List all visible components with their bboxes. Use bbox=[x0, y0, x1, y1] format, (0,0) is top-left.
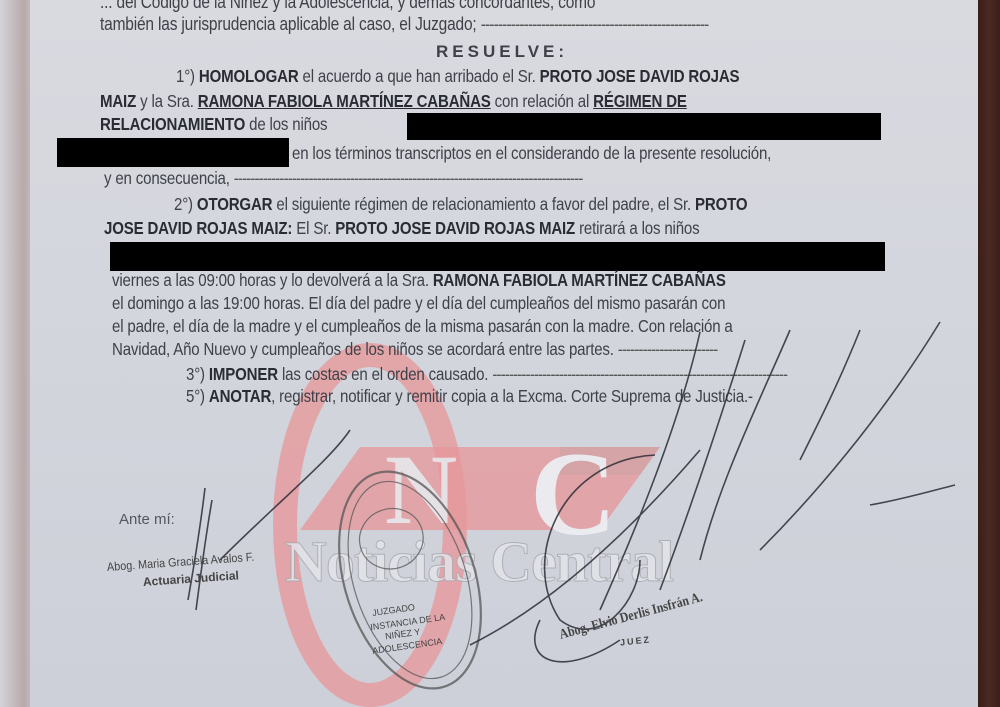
item-verb: HOMOLOGAR bbox=[199, 66, 299, 86]
dash-filler: ----------------------------------------… bbox=[481, 14, 709, 34]
watermark-brand: Noticias Central bbox=[285, 528, 673, 595]
text-span: con relación al bbox=[495, 91, 589, 111]
text-span: de los niños bbox=[249, 114, 327, 134]
party-name-father: MAIZ bbox=[100, 91, 136, 111]
text-span: el siguiente régimen de relacionamiento … bbox=[276, 194, 691, 214]
text-line: viernes a las 09:00 horas y lo devolverá… bbox=[112, 270, 726, 291]
text-line: JOSE DAVID ROJAS MAIZ: El Sr. PROTO JOSE… bbox=[104, 218, 699, 239]
party-name-mother: RAMONA FABIOLA MARTÍNEZ CABAÑAS bbox=[433, 270, 726, 290]
redaction-bar bbox=[57, 138, 289, 167]
text-line: en los términos transcriptos en el consi… bbox=[292, 143, 771, 164]
redaction-bar bbox=[407, 113, 881, 140]
text-span: viernes a las 09:00 horas y lo devolverá… bbox=[112, 270, 429, 290]
party-name-father: PROTO bbox=[695, 194, 747, 214]
text-line: y en consecuencia, ---------------------… bbox=[104, 168, 583, 189]
party-name-father: PROTO JOSE DAVID ROJAS bbox=[540, 66, 740, 86]
item-number: 1°) bbox=[176, 66, 195, 86]
item-number: 3°) bbox=[186, 364, 205, 384]
text-line: RELACIONAMIENTO de los niños bbox=[100, 114, 327, 135]
dash-filler: ----------------------------------------… bbox=[492, 364, 787, 384]
text-span: Navidad, Año Nuevo y cumpleaños de los n… bbox=[112, 339, 614, 359]
text-span: El Sr. bbox=[296, 218, 331, 238]
regimen-label: RELACIONAMIENTO bbox=[100, 114, 245, 134]
text-line: el domingo a las 19:00 horas. El día del… bbox=[112, 293, 725, 314]
text-span: retirará a los niños bbox=[579, 218, 699, 238]
text-line: Navidad, Año Nuevo y cumpleaños de los n… bbox=[112, 339, 717, 360]
item-number: 5°) bbox=[186, 386, 205, 406]
item-verb: ANOTAR bbox=[209, 386, 271, 406]
section-heading-resuelve: RESUELVE: bbox=[436, 42, 568, 62]
text-line: también las jurisprudencia aplicable al … bbox=[100, 14, 708, 35]
redaction-bar bbox=[110, 242, 885, 271]
table-edge bbox=[978, 0, 1000, 707]
resolution-item-2: 2°) OTORGAR el siguiente régimen de rela… bbox=[174, 194, 747, 215]
text-span: el acuerdo a que han arribado el Sr. bbox=[303, 66, 536, 86]
item-verb: OTORGAR bbox=[197, 194, 272, 214]
item-number: 2°) bbox=[174, 194, 193, 214]
text-span: también las jurisprudencia aplicable al … bbox=[100, 14, 477, 34]
text-span: y en consecuencia, bbox=[104, 168, 230, 188]
party-name-mother: RAMONA FABIOLA MARTÍNEZ CABAÑAS bbox=[198, 91, 491, 111]
resolution-item-1: 1°) HOMOLOGAR el acuerdo a que han arrib… bbox=[176, 66, 739, 87]
text-span: y la Sra. bbox=[140, 91, 194, 111]
text-line: el padre, el día de la madre y el cumple… bbox=[112, 316, 733, 337]
text-line: MAIZ y la Sra. RAMONA FABIOLA MARTÍNEZ C… bbox=[100, 91, 687, 112]
ante-mi-label: Ante mí: bbox=[119, 511, 175, 528]
text-span: , registrar, notificar y remitir copia a… bbox=[271, 386, 753, 406]
regimen-label: RÉGIMEN DE bbox=[593, 91, 687, 111]
text-span: las costas en el orden causado. bbox=[282, 364, 488, 384]
dash-filler: ------------------------ bbox=[618, 339, 718, 359]
party-name-father: PROTO JOSE DAVID ROJAS MAIZ bbox=[335, 218, 575, 238]
item-verb: IMPONER bbox=[209, 364, 278, 384]
dash-filler: ----------------------------------------… bbox=[234, 168, 583, 188]
resolution-item-5: 5°) ANOTAR, registrar, notificar y remit… bbox=[186, 386, 753, 407]
party-name-father: JOSE DAVID ROJAS MAIZ: bbox=[104, 218, 292, 238]
resolution-item-3: 3°) IMPONER las costas en el orden causa… bbox=[186, 364, 787, 385]
text-line: ... del Código de la Niñez y la Adolesce… bbox=[100, 0, 595, 13]
